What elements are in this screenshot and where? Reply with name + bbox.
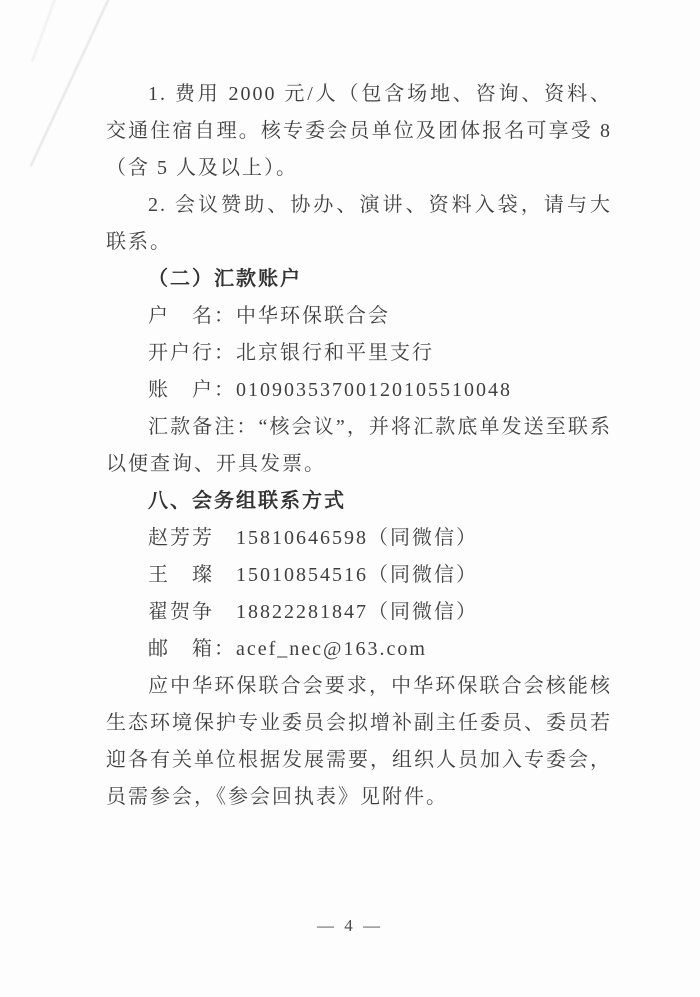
sponsor-paragraph-line-2: 联系。 bbox=[106, 224, 612, 261]
account-name-line: 户 名：中华环保联合会 bbox=[106, 298, 612, 335]
page-number: — 4 — bbox=[0, 916, 700, 936]
contact-info-heading: 八、会务组联系方式 bbox=[106, 483, 612, 520]
recruitment-paragraph-line-1: 应中华环保联合会要求，中华环保联合会核能核技术与 bbox=[106, 668, 612, 705]
contact-wangcan-line: 王 璨 15010854516（同微信） bbox=[106, 557, 612, 594]
sponsor-paragraph-line-1: 2. 会议赞助、协办、演讲、资料入袋，请与大会秘书处 bbox=[106, 187, 612, 224]
bank-branch-line: 开户行：北京银行和平里支行 bbox=[106, 335, 612, 372]
remittance-note-line-1: 汇款备注：“核会议”，并将汇款底单发送至联系人邮箱， bbox=[106, 409, 612, 446]
recruitment-paragraph-line-4: 员需参会，《参会回执表》见附件。 bbox=[106, 779, 612, 816]
contact-zhaihezheng-line: 翟贺争 18822281847（同微信） bbox=[106, 594, 612, 631]
contact-zhaofangfang-line: 赵芳芳 15810646598（同微信） bbox=[106, 520, 612, 557]
remittance-note-line-2: 以便查询、开具发票。 bbox=[106, 446, 612, 483]
recruitment-paragraph-line-3: 迎各有关单位根据发展需要，组织人员加入专委会，所有委 bbox=[106, 742, 612, 779]
fee-paragraph-line-2: 交通住宿自理。核专委会员单位及团体报名可享受 8 折优惠 bbox=[106, 113, 612, 150]
remittance-account-heading: （二）汇款账户 bbox=[106, 261, 612, 298]
document-body: 1. 费用 2000 元/人（包含场地、咨询、资料、观摩等）， 交通住宿自理。核… bbox=[106, 76, 612, 816]
fee-paragraph-line-3: （含 5 人及以上）。 bbox=[106, 150, 612, 187]
account-number-line: 账 户：01090353700120105510048 bbox=[106, 372, 612, 409]
contact-email-line: 邮 箱：acef_nec@163.com bbox=[106, 631, 612, 668]
scan-artifact-line bbox=[30, 0, 112, 167]
document-page: 1. 费用 2000 元/人（包含场地、咨询、资料、观摩等）， 交通住宿自理。核… bbox=[0, 0, 700, 997]
scan-artifact-line bbox=[31, 0, 57, 62]
fee-paragraph-line-1: 1. 费用 2000 元/人（包含场地、咨询、资料、观摩等）， bbox=[106, 76, 612, 113]
recruitment-paragraph-line-2: 生态环境保护专业委员会拟增补副主任委员、委员若干。欢 bbox=[106, 705, 612, 742]
